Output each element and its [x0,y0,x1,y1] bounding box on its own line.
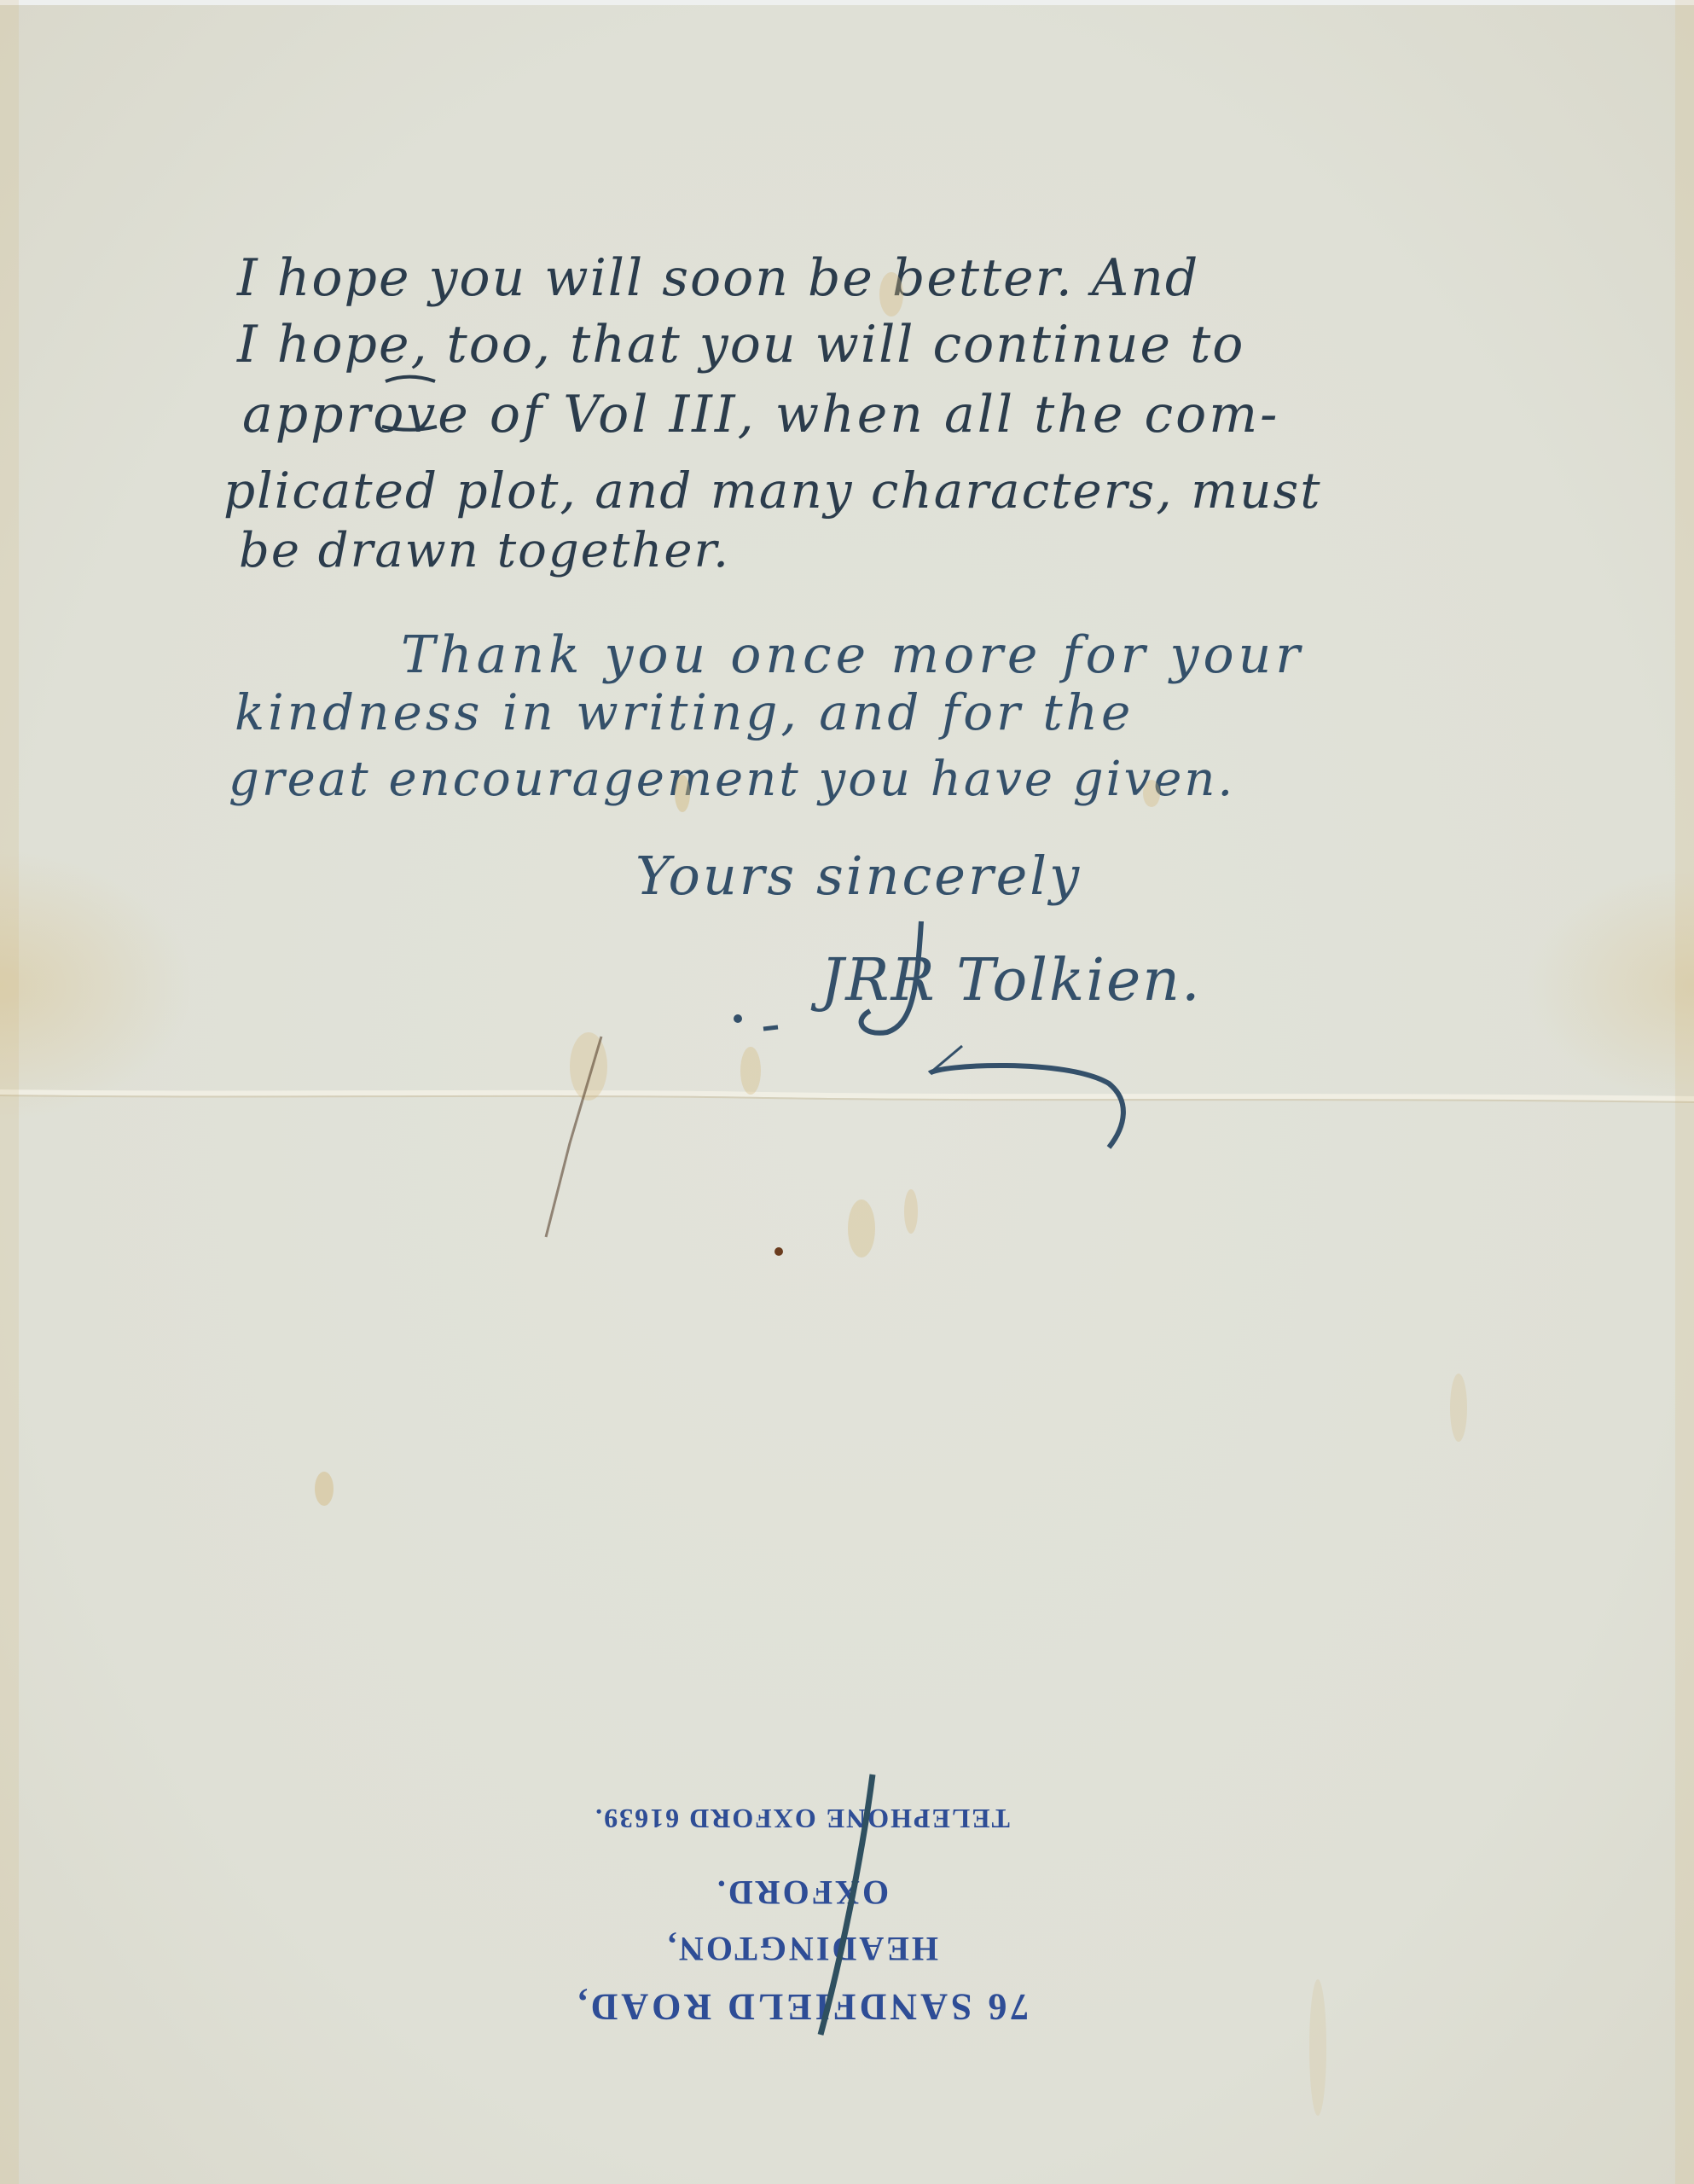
signature-dot [734,1014,742,1023]
signature-dash [763,1027,778,1029]
signature-flourish [862,921,921,1033]
ink-speck [774,1247,783,1256]
fold-crease [0,1092,1694,1102]
vol-three-marks [382,377,437,430]
signature-underline-stroke [930,1066,1123,1147]
paper-texture-overlay [0,0,1694,2184]
letterhead-cancel-stroke [821,1774,873,2035]
